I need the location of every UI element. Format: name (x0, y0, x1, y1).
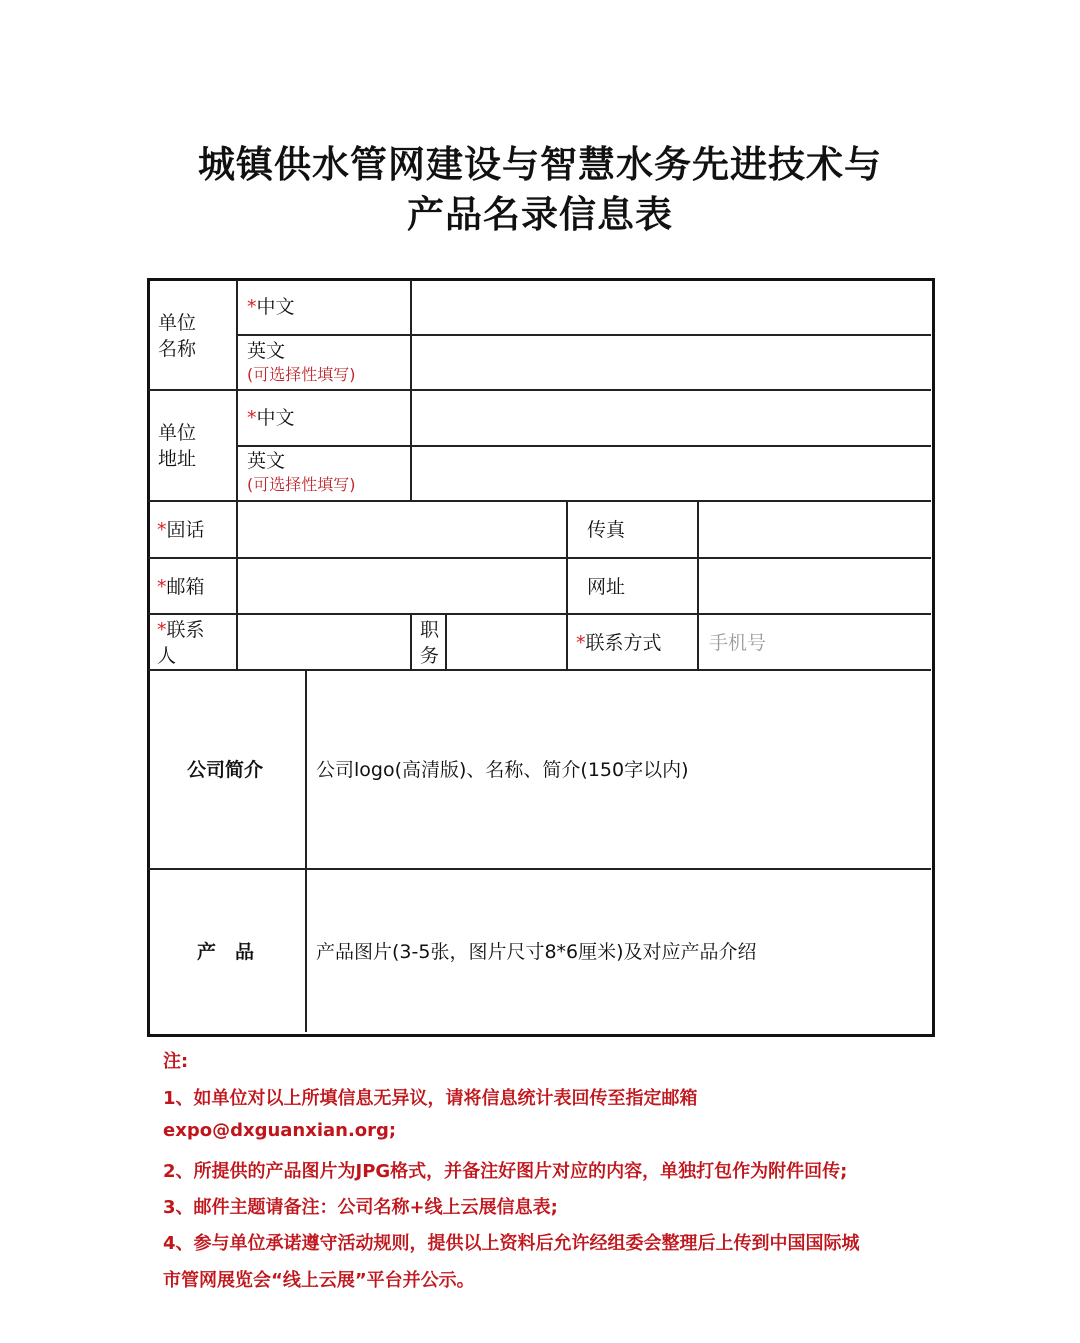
unit-address-en-label: 英文 (可选择性填写) (247, 448, 356, 496)
contact-person-input[interactable] (238, 615, 410, 669)
notes-heading: 注: (163, 1047, 188, 1073)
divider (566, 501, 568, 670)
email-label: *邮箱 (157, 574, 205, 600)
company-intro-input[interactable]: 公司logo(高清版)、名称、简介(150字以内) (307, 671, 930, 868)
required-mark: * (157, 576, 167, 598)
note-item: 4、参与单位承诺遵守活动规则，提供以上资料后允许经组委会整理后上传到中国国际城 (163, 1229, 860, 1255)
fax-input[interactable] (699, 502, 930, 557)
required-mark: * (157, 619, 167, 641)
optional-hint: (可选择性填写) (247, 364, 356, 386)
note-item: 3、邮件主题请备注：公司名称+线上云展信息表; (163, 1193, 558, 1219)
form-title-line-2: 产品名录信息表 (0, 184, 1080, 238)
unit-name-cn-label: *中文 (247, 294, 295, 320)
position-input[interactable] (447, 615, 566, 669)
form-title-line-1: 城镇供水管网建设与智慧水务先进技术与 (0, 134, 1080, 188)
note-item: 2、所提供的产品图片为JPG格式，并备注好图片对应的内容，单独打包作为附件回传; (163, 1157, 847, 1183)
required-mark: * (247, 296, 257, 318)
required-mark: * (247, 407, 257, 429)
product-label: 产 品 (197, 939, 254, 965)
unit-address-cn-input[interactable] (412, 391, 930, 444)
note-item: 市管网展览会“线上云展”平台并公示。 (163, 1266, 475, 1292)
contact-method-label: *联系方式 (576, 630, 662, 656)
product-hint: 产品图片(3-5张，图片尺寸8*6厘米)及对应产品介绍 (316, 939, 757, 965)
optional-hint: (可选择性填写) (247, 474, 356, 496)
divider (410, 614, 412, 670)
mobile-placeholder: 手机号 (709, 630, 766, 656)
website-label: 网址 (587, 574, 625, 600)
unit-name-cn-input[interactable] (412, 281, 930, 334)
required-mark: * (576, 632, 586, 654)
fax-label: 传真 (587, 517, 625, 543)
phone-label: *固话 (157, 517, 205, 543)
product-input[interactable]: 产品图片(3-5张，图片尺寸8*6厘米)及对应产品介绍 (307, 870, 930, 1031)
contact-method-input[interactable]: 手机号 (699, 615, 930, 669)
note-email-link[interactable]: expo@dxguanxian.org; (163, 1120, 396, 1141)
company-intro-hint: 公司logo(高清版)、名称、简介(150字以内) (316, 757, 689, 783)
unit-address-label: 单位 地址 (158, 420, 196, 472)
unit-name-label: 单位 名称 (158, 310, 196, 362)
contact-person-label: *联系 人 (157, 617, 205, 669)
unit-address-cn-label: *中文 (247, 405, 295, 431)
email-input[interactable] (238, 559, 566, 613)
note-item: 1、如单位对以上所填信息无异议，请将信息统计表回传至指定邮箱 (163, 1084, 698, 1110)
phone-input[interactable] (238, 502, 566, 557)
unit-name-en-input[interactable] (412, 336, 930, 389)
website-input[interactable] (699, 559, 930, 613)
unit-address-en-input[interactable] (412, 447, 930, 500)
unit-name-en-label: 英文 (可选择性填写) (247, 338, 356, 386)
company-intro-label: 公司简介 (187, 757, 263, 783)
position-label: 职 务 (420, 617, 439, 669)
required-mark: * (157, 519, 167, 541)
